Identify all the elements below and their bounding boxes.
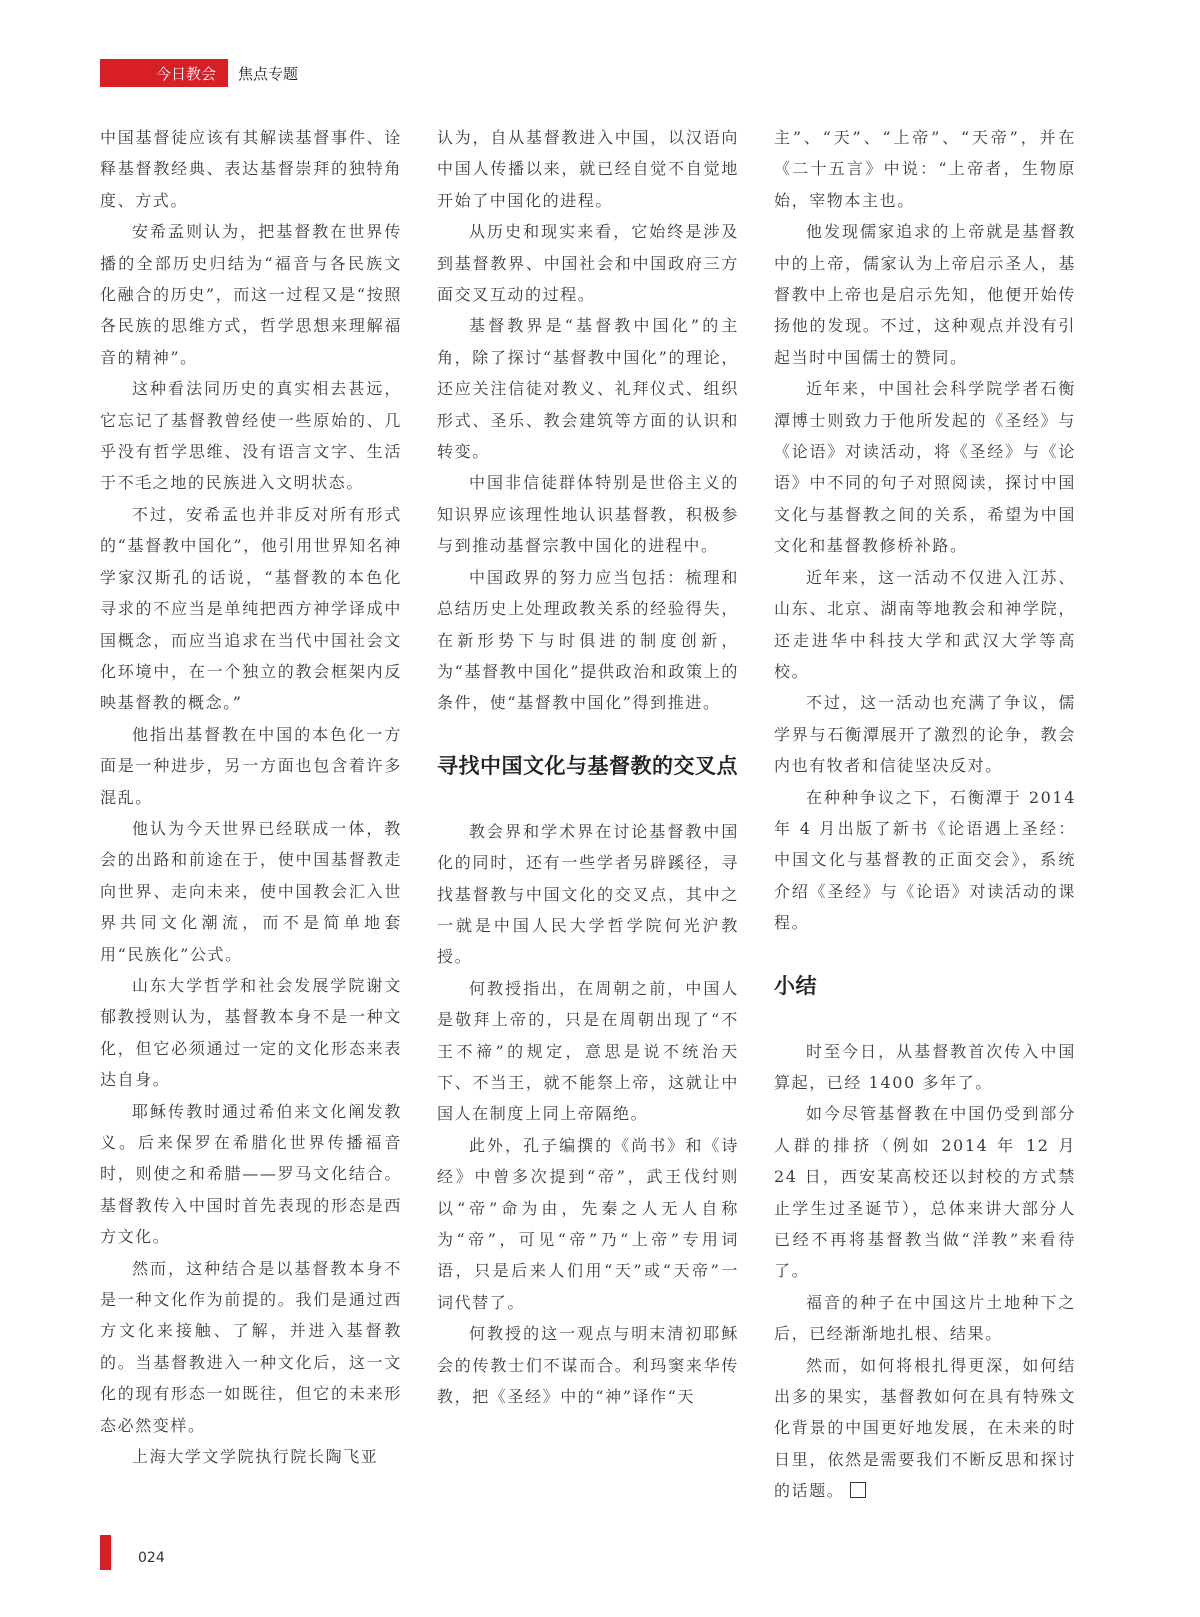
paragraph: 此外，孔子编撰的《尚书》和《诗经》中曾多次提到“帝”，武王伐纣则以“帝”命为由，… xyxy=(437,1130,739,1318)
paragraph: 福音的种子在中国这片土地种下之后，已经渐渐地扎根、结果。 xyxy=(774,1287,1076,1350)
paragraph: 认为，自从基督教进入中国，以汉语向中国人传播以来，就已经自觉不自觉地开始了中国化… xyxy=(437,122,739,216)
paragraph-text: 何教授指出，在周朝之前，中国人是敬拜上帝的，只是在周朝出现了“不王不禘”的规定，… xyxy=(437,979,739,1124)
paragraph: 然而，这种结合是以基督教本身不是一种文化作为前提的。我们是通过西方文化来接触、了… xyxy=(100,1253,402,1441)
paragraph-text: 中国基督徒应该有其解读基督事件、诠释基督教经典、表达基督崇拜的独特角度、方式。 xyxy=(100,128,402,210)
page-header: 今日教会 焦点专题 xyxy=(100,59,298,87)
paragraph-text: 这种看法同历史的真实相去甚远，它忘记了基督教曾经使一些原始的、几乎没有哲学思维、… xyxy=(100,379,402,492)
page-footer: 024 xyxy=(100,1535,165,1570)
paragraph: 中国非信徒群体特别是世俗主义的知识界应该理性地认识基督教，积极参与到推动基督宗教… xyxy=(437,467,739,561)
paragraph-text: 时至今日，从基督教首次传入中国算起，已经 1400 多年了。 xyxy=(774,1042,1076,1092)
paragraph: 耶稣传教时通过希伯来文化阐发教义。后来保罗在希腊化世界传播福音时，则使之和希腊—… xyxy=(100,1096,402,1253)
paragraph-text: 他指出基督教在中国的本色化一方面是一种进步，另一方面也包含着许多混乱。 xyxy=(100,725,402,807)
end-of-article-square-icon xyxy=(850,1482,866,1498)
paragraph-text: 中国非信徒群体特别是世俗主义的知识界应该理性地认识基督教，积极参与到推动基督宗教… xyxy=(437,473,739,555)
paragraph-text: 然而，如何将根扎得更深，如何结出多的果实，基督教如何在具有特殊文化背景的中国更好… xyxy=(774,1356,1076,1501)
paragraph-text: 如今尽管基督教在中国仍受到部分人群的排挤（例如 2014 年 12 月 24 日… xyxy=(774,1104,1076,1280)
paragraph: 这种看法同历史的真实相去甚远，它忘记了基督教曾经使一些原始的、几乎没有哲学思维、… xyxy=(100,373,402,499)
spacer xyxy=(437,719,739,751)
paragraph: 中国基督徒应该有其解读基督事件、诠释基督教经典、表达基督崇拜的独特角度、方式。 xyxy=(100,122,402,216)
paragraph: 主”、“天”、“上帝”、“天帝”，并在《二十五言》中说：“上帝者，生物原始，宰物… xyxy=(774,122,1076,216)
section-heading: 小结 xyxy=(774,971,1076,1002)
paragraph-text: 耶稣传教时通过希伯来文化阐发教义。后来保罗在希腊化世界传播福音时，则使之和希腊—… xyxy=(100,1102,402,1247)
paragraph-text: 认为，自从基督教进入中国，以汉语向中国人传播以来，就已经自觉不自觉地开始了中国化… xyxy=(437,128,739,210)
paragraph: 然而，如何将根扎得更深，如何结出多的果实，基督教如何在具有特殊文化背景的中国更好… xyxy=(774,1350,1076,1507)
paragraph: 何教授的这一观点与明末清初耶稣会的传教士们不谋而合。利玛窦来华传教，把《圣经》中… xyxy=(437,1318,739,1412)
section-heading: 寻找中国文化与基督教的交叉点 xyxy=(437,751,739,782)
paragraph-text: 近年来，这一活动不仅进入江苏、山东、北京、湖南等地教会和神学院，还走进华中科技大… xyxy=(774,568,1076,681)
section-tab-label: 今日教会 xyxy=(156,63,216,84)
paragraph-text: 此外，孔子编撰的《尚书》和《诗经》中曾多次提到“帝”，武王伐纣则以“帝”命为由，… xyxy=(437,1136,739,1312)
text-column-3: 主”、“天”、“上帝”、“天帝”，并在《二十五言》中说：“上帝者，生物原始，宰物… xyxy=(774,122,1076,1502)
paragraph: 在种种争议之下，石衡潭于 2014 年 4 月出版了新书《论语遇上圣经：中国文化… xyxy=(774,782,1076,939)
paragraph: 时至今日，从基督教首次传入中国算起，已经 1400 多年了。 xyxy=(774,1036,1076,1099)
paragraph-text: 他认为今天世界已经联成一体，教会的出路和前途在于，使中国基督教走向世界、走向未来… xyxy=(100,819,402,964)
paragraph-text: 中国政界的努力应当包括：梳理和总结历史上处理政教关系的经验得失，在新形势下与时俱… xyxy=(437,568,739,713)
paragraph-text: 他发现儒家追求的上帝就是基督教中的上帝，儒家认为上帝启示圣人，基督教中上帝也是启… xyxy=(774,222,1076,367)
paragraph: 安希孟则认为，把基督教在世界传播的全部历史归结为“福音与各民族文化融合的历史”，… xyxy=(100,216,402,373)
paragraph: 基督教界是“基督教中国化”的主角，除了探讨“基督教中国化”的理论，还应关注信徒对… xyxy=(437,310,739,467)
page-number: 024 xyxy=(138,1550,165,1566)
text-column-2: 认为，自从基督教进入中国，以汉语向中国人传播以来，就已经自觉不自觉地开始了中国化… xyxy=(437,122,739,1502)
paragraph: 近年来，这一活动不仅进入江苏、山东、北京、湖南等地教会和神学院，还走进华中科技大… xyxy=(774,562,1076,688)
paragraph-text: 教会界和学术界在讨论基督教中国化的同时，还有一些学者另辟蹊径，寻找基督教与中国文… xyxy=(437,822,739,967)
spacer xyxy=(774,1002,1076,1036)
paragraph: 山东大学哲学和社会发展学院谢文郁教授则认为，基督教本身不是一种文化，但它必须通过… xyxy=(100,970,402,1096)
paragraph: 他认为今天世界已经联成一体，教会的出路和前途在于，使中国基督教走向世界、走向未来… xyxy=(100,813,402,970)
paragraph: 他指出基督教在中国的本色化一方面是一种进步，另一方面也包含着许多混乱。 xyxy=(100,719,402,813)
column-title: 焦点专题 xyxy=(238,63,298,84)
paragraph: 不过，安希孟也并非反对所有形式的“基督教中国化”，他引用世界知名神学家汉斯孔的话… xyxy=(100,499,402,719)
paragraph-text: 近年来，中国社会科学院学者石衡潭博士则致力于他所发起的《圣经》与《论语》对读活动… xyxy=(774,379,1076,555)
paragraph-text: 然而，这种结合是以基督教本身不是一种文化作为前提的。我们是通过西方文化来接触、了… xyxy=(100,1259,402,1435)
paragraph: 上海大学文学院执行院长陶飞亚 xyxy=(100,1441,402,1472)
footer-accent-bar xyxy=(100,1535,111,1570)
paragraph: 如今尽管基督教在中国仍受到部分人群的排挤（例如 2014 年 12 月 24 日… xyxy=(774,1098,1076,1286)
paragraph-text: 福音的种子在中国这片土地种下之后，已经渐渐地扎根、结果。 xyxy=(774,1293,1076,1343)
paragraph: 何教授指出，在周朝之前，中国人是敬拜上帝的，只是在周朝出现了“不王不禘”的规定，… xyxy=(437,973,739,1130)
paragraph-text: 山东大学哲学和社会发展学院谢文郁教授则认为，基督教本身不是一种文化，但它必须通过… xyxy=(100,976,402,1089)
paragraph: 近年来，中国社会科学院学者石衡潭博士则致力于他所发起的《圣经》与《论语》对读活动… xyxy=(774,373,1076,561)
paragraph-text: 安希孟则认为，把基督教在世界传播的全部历史归结为“福音与各民族文化融合的历史”，… xyxy=(100,222,402,367)
paragraph-text: 从历史和现实来看，它始终是涉及到基督教界、中国社会和中国政府三方面交叉互动的过程… xyxy=(437,222,739,304)
paragraph-text: 主”、“天”、“上帝”、“天帝”，并在《二十五言》中说：“上帝者，生物原始，宰物… xyxy=(774,128,1076,210)
paragraph-text: 在种种争议之下，石衡潭于 2014 年 4 月出版了新书《论语遇上圣经：中国文化… xyxy=(774,788,1076,933)
paragraph-text: 何教授的这一观点与明末清初耶稣会的传教士们不谋而合。利玛窦来华传教，把《圣经》中… xyxy=(437,1324,739,1406)
article-body: 中国基督徒应该有其解读基督事件、诠释基督教经典、表达基督崇拜的独特角度、方式。安… xyxy=(100,122,1077,1502)
paragraph-text: 不过，安希孟也并非反对所有形式的“基督教中国化”，他引用世界知名神学家汉斯孔的话… xyxy=(100,505,402,712)
paragraph-text: 上海大学文学院执行院长陶飞亚 xyxy=(132,1447,378,1466)
spacer xyxy=(774,939,1076,971)
paragraph: 教会界和学术界在讨论基督教中国化的同时，还有一些学者另辟蹊径，寻找基督教与中国文… xyxy=(437,816,739,973)
text-column-1: 中国基督徒应该有其解读基督事件、诠释基督教经典、表达基督崇拜的独特角度、方式。安… xyxy=(100,122,402,1502)
paragraph: 中国政界的努力应当包括：梳理和总结历史上处理政教关系的经验得失，在新形势下与时俱… xyxy=(437,562,739,719)
paragraph: 他发现儒家追求的上帝就是基督教中的上帝，儒家认为上帝启示圣人，基督教中上帝也是启… xyxy=(774,216,1076,373)
paragraph-text: 基督教界是“基督教中国化”的主角，除了探讨“基督教中国化”的理论，还应关注信徒对… xyxy=(437,316,739,461)
paragraph: 从历史和现实来看，它始终是涉及到基督教界、中国社会和中国政府三方面交叉互动的过程… xyxy=(437,216,739,310)
spacer xyxy=(437,782,739,816)
magazine-section-tab: 今日教会 xyxy=(100,59,228,87)
paragraph: 不过，这一活动也充满了争议，儒学界与石衡潭展开了激烈的论争，教会内也有牧者和信徒… xyxy=(774,687,1076,781)
paragraph-text: 不过，这一活动也充满了争议，儒学界与石衡潭展开了激烈的论争，教会内也有牧者和信徒… xyxy=(774,693,1076,775)
